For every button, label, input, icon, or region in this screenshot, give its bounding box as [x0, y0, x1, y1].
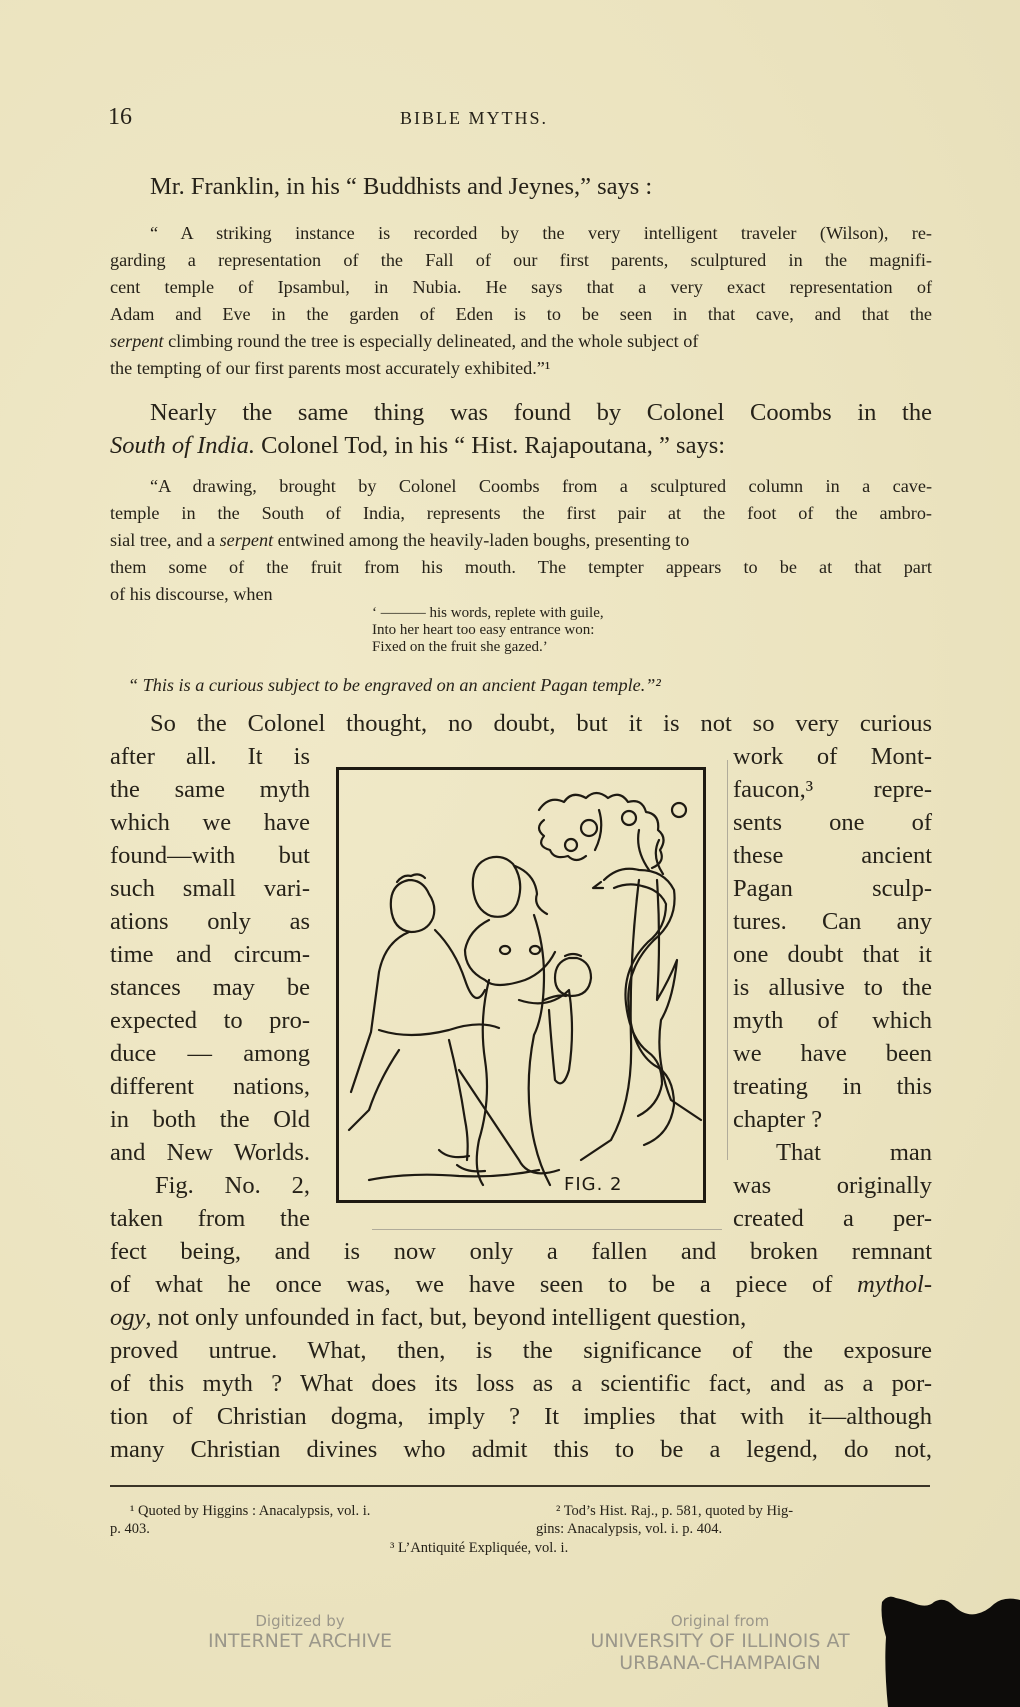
- quote1-line: serpent climbing round the tree is espec…: [110, 328, 698, 356]
- watermark-digitized: Digitized by INTERNET ARCHIVE: [180, 1612, 420, 1652]
- right-column-line: myth of which: [733, 1004, 932, 1037]
- para4-line: fect being, and is now only a fallen and…: [110, 1235, 932, 1268]
- watermark-original: Original from UNIVERSITY OF ILLINOIS AT …: [560, 1612, 880, 1674]
- quote2-line: sial tree, and a serpent entwined among …: [110, 527, 689, 555]
- emphasis: serpent: [110, 331, 164, 351]
- right-column-line: one doubt that it: [733, 938, 932, 971]
- quote2-line: temple in the South of India, represents…: [110, 500, 932, 528]
- right-column-line: chapter ?: [733, 1103, 822, 1136]
- pencil-margin-mark: [727, 760, 728, 1160]
- emphasis: South of India.: [110, 432, 255, 459]
- para4-line: many Christian divines who admit this to…: [110, 1433, 932, 1466]
- watermark-original-label: Original from: [560, 1612, 880, 1630]
- torn-page-corner: [878, 1590, 1020, 1707]
- right-column-line: tures. Can any: [733, 905, 932, 938]
- para4-line: ogy, not only unfounded in fact, but, be…: [110, 1301, 746, 1334]
- left-column-line: the same myth: [110, 773, 310, 806]
- right-column-line: faucon,³ repre-: [733, 773, 932, 806]
- footnote-1: ¹ Quoted by Higgins : Anacalypsis, vol. …: [130, 1503, 370, 1520]
- intro-line: Mr. Franklin, in his “ Buddhists and Jey…: [150, 170, 652, 203]
- poem-excerpt: ‘ ——— his words, replete with guile, Int…: [372, 605, 604, 656]
- quote1-line: garding a representation of the Fall of …: [110, 247, 932, 275]
- poem-line: Fixed on the fruit she gazed.’: [372, 639, 604, 656]
- para3-line: So the Colonel thought, no doubt, but it…: [150, 707, 932, 740]
- emphasis: mythol-: [857, 1271, 932, 1298]
- italic-quote: “ This is a curious subject to be engrav…: [128, 672, 661, 700]
- left-column-line: in both the Old: [110, 1103, 310, 1136]
- footnote-3: ³ L’Antiquité Expliquée, vol. i.: [390, 1540, 568, 1557]
- quote2-line: “A drawing, brought by Colonel Coombs fr…: [150, 473, 932, 501]
- para4-line: of this myth ? What does its loss as a s…: [110, 1367, 932, 1400]
- footnote-divider: [110, 1485, 930, 1487]
- para4-line: of what he once was, we have seen to be …: [110, 1268, 932, 1301]
- right-column-line: Pagan sculp-: [733, 872, 932, 905]
- emphasis: ogy: [110, 1304, 145, 1331]
- left-column-line: Fig. No. 2,: [155, 1169, 310, 1202]
- left-column-line: and New Worlds.: [110, 1136, 310, 1169]
- left-column-line: such small vari-: [110, 872, 310, 905]
- right-column-line: That man: [776, 1136, 932, 1169]
- quote2-line: them some of the fruit from his mouth. T…: [110, 554, 932, 582]
- left-column-line: ations only as: [110, 905, 310, 938]
- left-column-line: duce — among: [110, 1037, 310, 1070]
- left-column-line: found—with but: [110, 839, 310, 872]
- right-column-line: these ancient: [733, 839, 932, 872]
- footnote-1-cont: p. 403.: [110, 1521, 150, 1538]
- running-title: BIBLE MYTHS.: [400, 108, 548, 129]
- left-column-line: after all. It is: [110, 740, 310, 773]
- quote1-line: the tempting of our first parents most a…: [110, 355, 550, 383]
- woodcut-illustration: FIG. 2: [339, 770, 703, 1200]
- right-column-line: sents one of: [733, 806, 932, 839]
- left-column-line: taken from the: [110, 1202, 310, 1235]
- para4-line: tion of Christian dogma, imply ? It impl…: [110, 1400, 932, 1433]
- para2-line: South of India. Colonel Tod, in his “ Hi…: [110, 429, 725, 462]
- left-column-line: stances may be: [110, 971, 310, 1004]
- left-column-line: time and circum-: [110, 938, 310, 971]
- footnote-2-cont: gins: Anacalypsis, vol. i. p. 404.: [536, 1521, 722, 1538]
- watermark-digitized-label: Digitized by: [180, 1612, 420, 1630]
- watermark-campus: URBANA-CHAMPAIGN: [560, 1652, 880, 1674]
- para2-line: Nearly the same thing was found by Colon…: [150, 396, 932, 429]
- poem-line: Into her heart too easy entrance won:: [372, 622, 604, 639]
- pencil-underline-mark: [372, 1229, 722, 1230]
- left-column-line: which we have: [110, 806, 310, 839]
- right-column-line: we have been: [733, 1037, 932, 1070]
- watermark-internet-archive: INTERNET ARCHIVE: [180, 1630, 420, 1652]
- emphasis: serpent: [220, 530, 274, 550]
- right-column-line: created a per-: [733, 1202, 932, 1235]
- right-column-line: work of Mont-: [733, 740, 932, 773]
- right-column-line: treating in this: [733, 1070, 932, 1103]
- quote1-line: cent temple of Ipsambul, in Nubia. He sa…: [110, 274, 932, 302]
- right-column-line: is allusive to the: [733, 971, 932, 1004]
- watermark-university: UNIVERSITY OF ILLINOIS AT: [560, 1630, 880, 1652]
- right-column-line: was originally: [733, 1169, 932, 1202]
- figure-adam-eve-woodcut: FIG. 2: [336, 767, 706, 1203]
- para4-line: proved untrue. What, then, is the signif…: [110, 1334, 932, 1367]
- quote1-line: Adam and Eve in the garden of Eden is to…: [110, 301, 932, 329]
- quote1-line: “ A striking instance is recorded by the…: [150, 220, 932, 248]
- left-column-line: different nations,: [110, 1070, 310, 1103]
- footnote-2: ² Tod’s Hist. Raj., p. 581, quoted by Hi…: [556, 1503, 793, 1520]
- figure-caption: FIG. 2: [564, 1174, 623, 1195]
- poem-line: ‘ ——— his words, replete with guile,: [372, 605, 604, 622]
- page-number: 16: [108, 104, 132, 131]
- quote2-line: of his discourse, when: [110, 581, 273, 609]
- left-column-line: expected to pro-: [110, 1004, 310, 1037]
